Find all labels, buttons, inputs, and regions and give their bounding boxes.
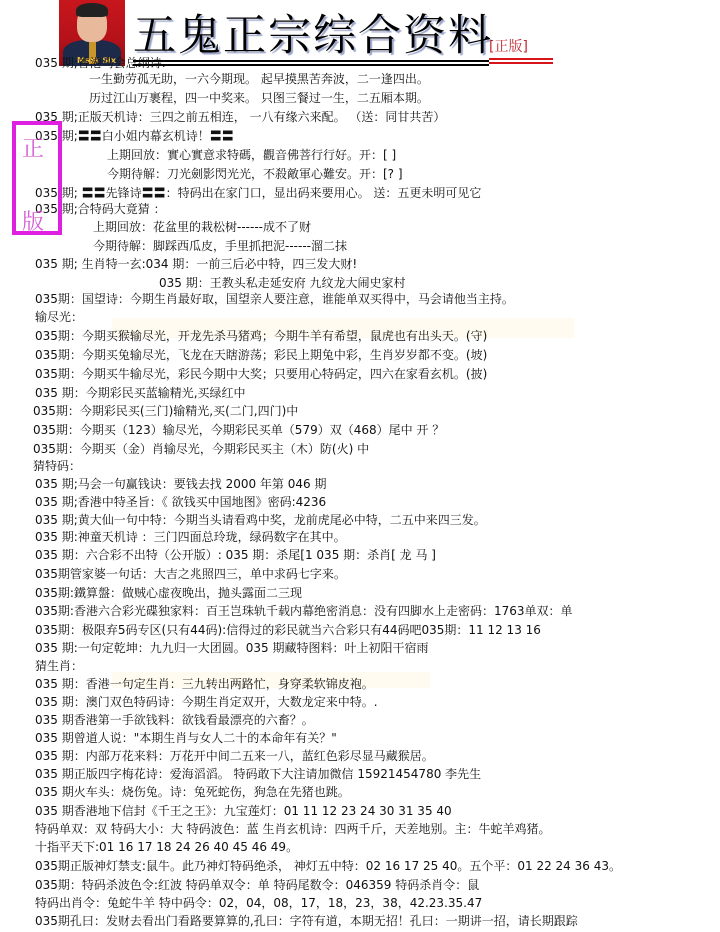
text-line: 特码单双：双 特码大小：大 特码波色：蓝 生肖玄机诗：四两千斤，天差地别。主：牛… (35, 821, 550, 837)
text-line: 035 期;香港中特圣旨：《 欲钱买中国地图》密码:4236 (35, 494, 326, 510)
text-line: 上期回放：實心實意求特碼，觀音佛菩行行好。开：[ ] (107, 147, 396, 163)
badge-underline-2 (489, 62, 553, 64)
page-title: 五鬼正宗综合资料 (133, 12, 493, 60)
text-line: 上期回放：花盆里的栽松树------成不了财 (93, 219, 311, 235)
version-badge: [正版] (489, 36, 528, 56)
text-line: 035期：极限弃5码专区(只有44码):信得过的彩民就当六合彩只有44码吧035… (35, 622, 541, 638)
text-line: 035 期正版四字梅花诗：爱海滔滔。 特码敢下大注请加微信 1592145478… (35, 766, 481, 782)
text-line: 035期孔曰：发财去看出门看路要算算的,孔曰：字符有道，本期无招！孔曰：一期讲一… (35, 913, 578, 929)
text-line: 035期管家婆一句话：大吉之兆照四三，单中求码七字来。 (35, 566, 346, 582)
text-line: 035期：国望诗：今期生肖最好取，国望亲人要注意，谁能单双买得中，马会请他当主持… (35, 291, 514, 307)
text-line: 035 期香港第一手欲钱料：欲钱看最漂亮的六畜？。 (35, 712, 314, 728)
text-line: 035期：今期买（金）肖输尽光，今期彩民买主（木）防(火) 中 (33, 441, 369, 457)
text-line: 035 期：澳门双色特码诗：今期生肖定双开，大数龙定来中特。. (35, 694, 378, 710)
text-line: 035期：特码杀波色令:红波 特码单双令：单 特码尾数令：046359 特码杀肖… (35, 877, 479, 893)
text-line: 035期：今期买兔输尽光，飞龙在天瞎游荡；彩民上期兔中彩，生肖岁岁都不变。(坡) (35, 347, 487, 363)
text-line: 035 期：内部万花来料：万花开中间二五来一八，蓝红色彩尽显马藏猴居。 (35, 748, 434, 764)
text-line: 035 期火车头：烧伤兔。诗：兔死蛇伤，狗急在先猪也跳。 (35, 784, 350, 800)
badge-underline (489, 58, 553, 60)
text-line: 035 期：香港一句定生肖：三九转出两路忙，身穿柔软锦皮袍。 (35, 676, 374, 692)
text-line: 猜特码： (33, 458, 81, 474)
text-line: 035期:鐵算盤：做贼心虚夜晚出，抛头露面二三现 (35, 585, 302, 601)
stamp-char-bottom: 版 (22, 205, 44, 236)
text-line: 历过江山万裹程，四一中奖来。 只图三餐过一生，二五厢本期。 (89, 90, 429, 106)
title-underline (133, 60, 489, 62)
text-line: 猜生肖： (35, 658, 83, 674)
text-line: 035 期：今期彩民买蓝输精光,买绿红中 (35, 385, 246, 401)
text-line: 今期待解：脚踩西瓜皮，手里抓把泥------溜二抹 (93, 238, 347, 254)
text-line: 035 期;马会一句赢钱诀：要钱去找 2000 年第 046 期 (35, 476, 326, 492)
text-line: 035期：今期买（123）输尽光，今期彩民买单（579）双（468）尾中 开 ？ (33, 422, 444, 438)
text-line: 035 期;〓〓白小姐内幕玄机诗！〓〓 (35, 128, 234, 144)
stamp-char-top: 正 (22, 132, 44, 163)
text-line: 035期:香港六合彩光碟独家料：百王岂珠轨千载内幕绝密消息：没有四脚水上走密码：… (35, 603, 573, 619)
text-line: 035 期：王教头私走延安府 九纹龙大闹史家村 (159, 275, 406, 291)
text-line: 035 期; 生肖特一玄:034 期：一前三后必中特，四三发大财! (35, 256, 357, 272)
text-line: 035期：今期买猴输尽光，开龙先杀马猪鸡；今期牛羊有希望，鼠虎也有出头天。(守) (35, 328, 487, 344)
title-underline-2 (133, 64, 489, 66)
photo-hair (76, 3, 108, 17)
text-line: 035 期曾道人说："本期生肖与女人二十的本命年有关？" (35, 730, 337, 746)
text-line: 035期：今期买牛输尽光，彩民今期中大奖；只要用心特码定，四六在家看玄机。(披) (35, 366, 487, 382)
text-line: 035 期;正版天机诗：三四之前五相连， 一八有缘六来配。 （送：同甘共苦） (35, 109, 445, 125)
text-line: 035 期; 〓〓先锋诗〓〓：特码出在家门口，显出码来要用心。 送：五更未明可见… (35, 185, 481, 201)
text-line: 输尽光： (35, 309, 83, 325)
text-line: 035 期:神童天机诗 ：三门四面总玲珑，绿码数字在其中。 (35, 529, 346, 545)
text-line: 一生勤劳孤无助，一六今期现。 起早摸黑苦奔波，二一逢四出。 (89, 71, 429, 87)
text-line: 十指平天下:01 16 17 18 24 26 40 45 46 49。 (35, 839, 298, 855)
text-line: 特码出肖令：兔蛇牛羊 特中码令：02，04，08，17，18，23，38，42.… (35, 895, 482, 911)
text-line: 035 期;黄大仙一句中特：今期当头请看鸡中奖，龙前虎尾必中特，二五中来四三发。 (35, 512, 486, 528)
text-line: 035 期;香港马会总纲诗: (35, 55, 166, 71)
text-line: 035 期：六合彩不出特（公开版）: 035 期：杀尾[1 035 期：杀肖[ … (35, 547, 436, 563)
text-line: 今期待解：刀光劍影閃光光，不殺敵軍心難安。开：[? ] (107, 166, 403, 182)
text-line: 035 期:一句定乾坤：九九归一大团圆。035 期藏特图料：叶上初阳干宿雨 (35, 640, 428, 656)
text-line: 035 期香港地下信封《千王之王》：九宝莲灯：01 11 12 23 24 30… (35, 803, 452, 819)
text-line: 035期：今期彩民买(三门)输精光,买(二门,四门)中 (33, 403, 298, 419)
text-line: 035期正版神灯禁支:鼠牛。此乃神灯特码绝杀， 神灯五中特：02 16 17 2… (35, 858, 621, 874)
